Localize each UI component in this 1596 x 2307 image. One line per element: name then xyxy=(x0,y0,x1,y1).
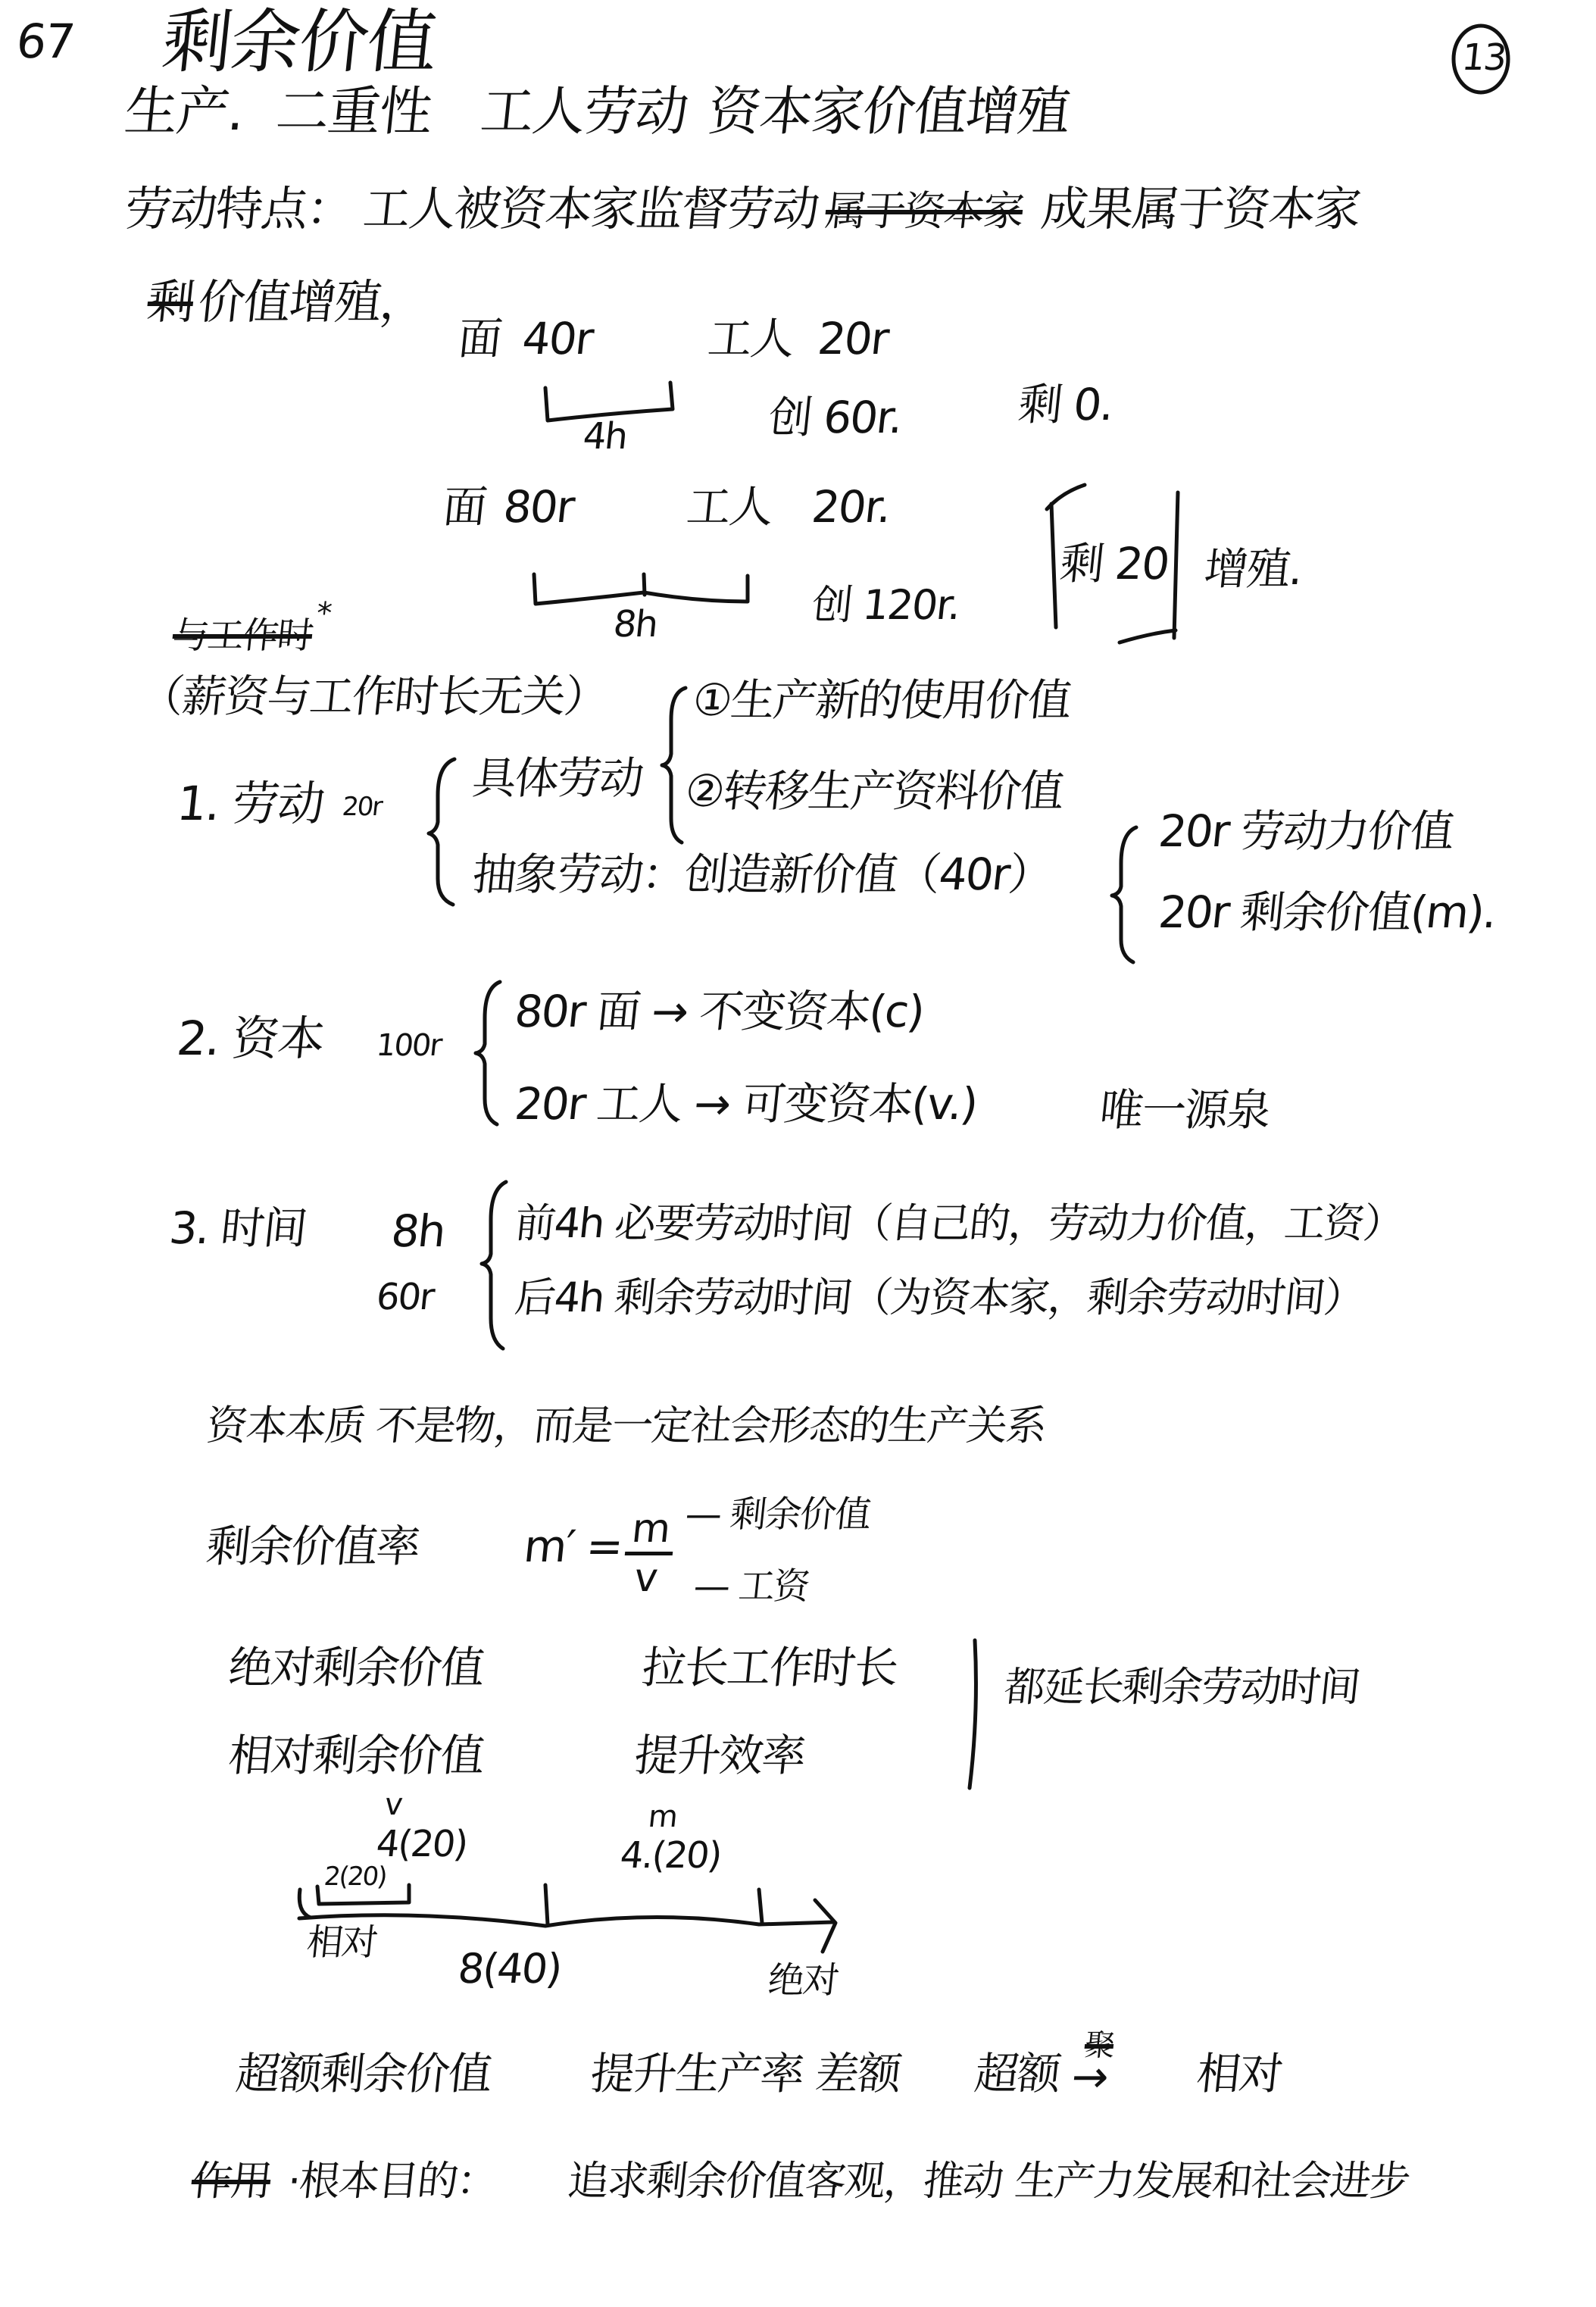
labor-features-result: 成果属于资本家 xyxy=(1039,186,1363,233)
brace-abstract-labor xyxy=(1112,827,1136,962)
brace-time xyxy=(482,1182,506,1349)
intro-capitalist-value: 资本家价值增殖 xyxy=(705,85,1071,138)
timeline-m-label: m xyxy=(647,1802,678,1832)
abstract-item-2: 20r 剩余价值(m). xyxy=(1157,890,1498,934)
timeline-absolute-label: 绝对 xyxy=(766,1962,839,1999)
section3-item-1: 前4h 必要劳动时间（自己的，劳动力价值，工资） xyxy=(513,1203,1404,1244)
section2-heading: 2. 资本 xyxy=(175,1015,326,1062)
example-row2-material-cost: 80r xyxy=(501,485,576,529)
timeline-m-value: 4.(20) xyxy=(618,1837,722,1874)
section3-hours: 8h xyxy=(389,1209,447,1253)
timeline-arrowhead xyxy=(815,1900,835,1952)
relative-surplus-name: 相对剩余价值 xyxy=(226,1733,486,1777)
excess-to: 相对 xyxy=(1195,2052,1284,2096)
brace-concrete-labor xyxy=(662,688,686,842)
example-row1-material: 面 xyxy=(456,317,503,361)
box-left xyxy=(1051,504,1056,627)
example-row2-note: 增殖. xyxy=(1202,547,1304,591)
example-row1-worker: 工人 xyxy=(706,317,795,361)
brace-labor xyxy=(429,759,454,905)
relative-surplus-method: 提升效率 xyxy=(632,1733,807,1777)
section1-amount: 20r xyxy=(341,794,383,820)
absolute-surplus-name: 绝对剩余价值 xyxy=(226,1646,486,1690)
labor-features-label: 劳动特点： xyxy=(123,186,355,233)
purpose-objective: 客观，推动 xyxy=(803,2161,1004,2202)
bracket-8h xyxy=(534,574,748,604)
timeline-tick-1 xyxy=(545,1885,548,1924)
absolute-surplus-method: 拉长工作时长 xyxy=(640,1646,899,1690)
excess-arrow-icon: → xyxy=(1070,2055,1110,2099)
timeline-v-value: 4(20) xyxy=(374,1826,468,1862)
example-row2-surplus: 剩 20 xyxy=(1058,542,1170,586)
bracket-8h-midtick xyxy=(644,574,645,595)
example-row1-created: 创 60r. xyxy=(767,395,904,439)
aside-struck: 与工作时 xyxy=(170,617,314,654)
section2-amount: 100r xyxy=(375,1030,442,1061)
timeline-total: 8(40) xyxy=(456,1949,563,1990)
section2-item-1: 80r 面 → 不变资本(c) xyxy=(513,989,926,1033)
intro-duality: 二重性 xyxy=(273,85,433,138)
numerator-note: — 剩余价值 xyxy=(683,1496,871,1533)
example-row2-wage: 20r. xyxy=(810,485,892,529)
methods-common: 都延长剩余劳动时间 xyxy=(1002,1667,1361,1708)
intro-production: 生产. xyxy=(122,85,246,138)
purpose-struck: 作用 xyxy=(189,2161,273,2202)
methods-bar xyxy=(970,1640,976,1788)
intro-worker-labor: 工人劳动 xyxy=(478,85,689,138)
section1-heading: 1. 劳动 xyxy=(175,780,326,827)
section3-amount: 60r xyxy=(374,1279,435,1315)
purpose-label: ·根本目的： xyxy=(286,2161,498,2202)
aside-note: （薪资与工作时长无关） xyxy=(138,674,609,718)
value-add-struck: 剩 xyxy=(145,279,196,326)
brace-capital xyxy=(476,982,500,1124)
timeline-start-bracket xyxy=(299,1890,311,1918)
fraction-numerator: m xyxy=(625,1509,677,1555)
labor-features-text: 工人被资本家监督劳动 xyxy=(361,186,821,233)
timeline-relative-segment: 2(20) xyxy=(323,1864,387,1890)
section2-note: 唯一源泉 xyxy=(1098,1088,1272,1132)
purpose-goal: 追求剩余价值 xyxy=(566,2161,807,2202)
box-right xyxy=(1174,492,1178,638)
example-row2-worker: 工人 xyxy=(685,485,774,529)
excess-method: 提升生产率 差额 xyxy=(589,2052,903,2096)
labor-features-struck: 属于资本家 xyxy=(823,191,1025,232)
excess-from: 超额 xyxy=(973,2052,1062,2096)
concrete-item-2: ②转移生产资料价值 xyxy=(683,769,1065,813)
example-row2-created: 创 120r. xyxy=(810,585,961,626)
timeline-tick-2 xyxy=(759,1890,762,1923)
section3-heading: 3. 时间 xyxy=(167,1206,308,1250)
section3-item-2: 后4h 剩余劳动时间（为资本家，剩余劳动时间） xyxy=(513,1277,1365,1318)
excess-name: 超额剩余价值 xyxy=(234,2052,493,2096)
example-row1-hours: 4h xyxy=(581,418,628,455)
example-row1-material-cost: 40r xyxy=(520,317,595,361)
value-add: 价值增殖， xyxy=(196,279,429,326)
surplus-rate-label: 剩余价值率 xyxy=(205,1524,421,1568)
fraction-denominator: v xyxy=(632,1555,661,1598)
handwritten-notes-page: 67 剩余价值 13 生产. 二重性 工人劳动 资本家价值增殖 劳动特点： 工人… xyxy=(0,0,1596,2307)
denominator-note: — 工资 xyxy=(692,1568,810,1605)
example-row2-hours: 8h xyxy=(611,606,658,642)
timeline-axis xyxy=(299,1915,833,1926)
purpose-effect: 生产力发展和社会进步 xyxy=(1013,2161,1411,2202)
box-top xyxy=(1047,485,1085,509)
timeline-v-label: v xyxy=(383,1790,403,1820)
page-number: 67 xyxy=(14,18,76,65)
page-title: 剩余价值 xyxy=(159,8,439,77)
timeline-relative-label: 相对 xyxy=(305,1924,378,1961)
box-bottom xyxy=(1120,630,1176,642)
circled-page-number: 13 xyxy=(1460,39,1507,76)
concrete-item-1: ①生产新的使用价值 xyxy=(691,678,1073,722)
aside-mark: * xyxy=(315,599,332,629)
abstract-item-1: 20r 劳动力价值 xyxy=(1157,809,1455,853)
abstract-labor: 抽象劳动：创造新价值（40r） xyxy=(470,852,1054,896)
surplus-rate-lhs: m′ = xyxy=(522,1524,624,1568)
capital-essence: 资本本质 不是物，而是一定社会形态的生产关系 xyxy=(205,1405,1048,1446)
section2-item-2: 20r 工人 → 可变资本(v.) xyxy=(513,1082,979,1126)
surplus-rate-fraction: m v xyxy=(620,1509,677,1598)
example-row2-material: 面 xyxy=(441,485,488,529)
concrete-labor: 具体劳动 xyxy=(470,756,645,800)
example-row1-surplus: 剩 0. xyxy=(1017,383,1115,427)
example-row1-wage: 20r xyxy=(816,317,890,361)
